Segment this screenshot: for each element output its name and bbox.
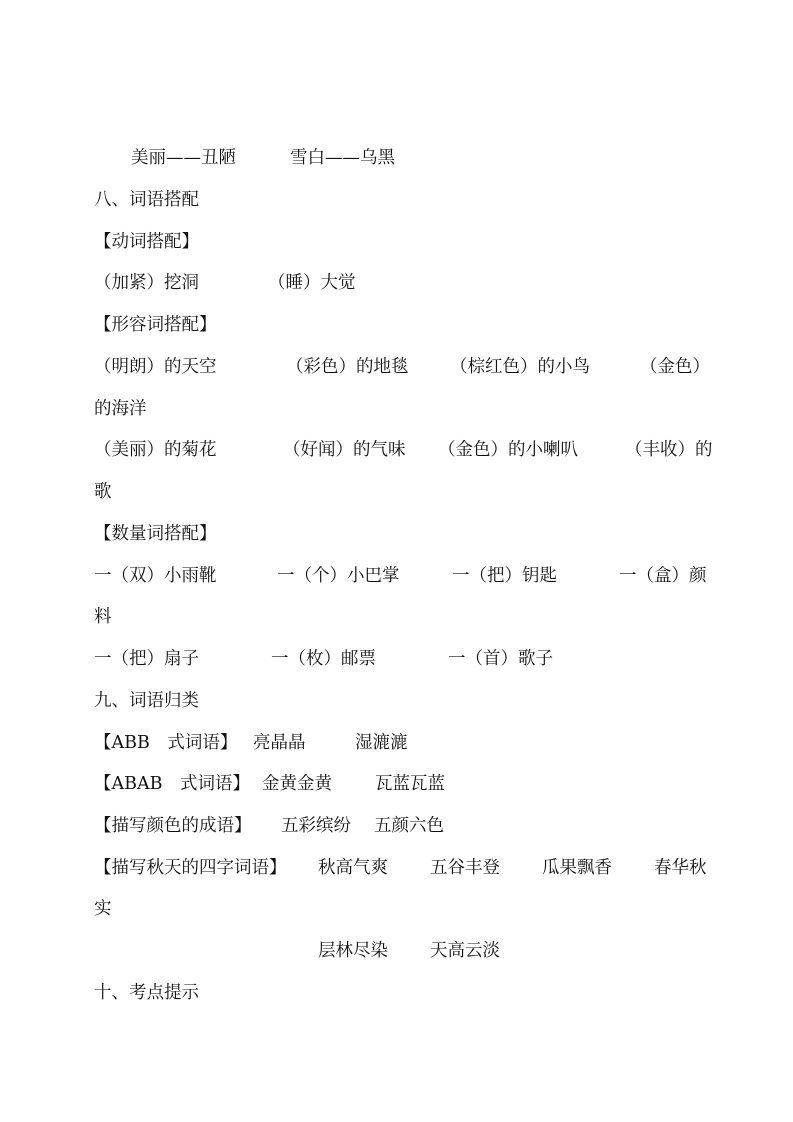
subheading-label: 【动词搭配】 bbox=[94, 230, 199, 254]
word-item: 五颜六色 bbox=[374, 814, 444, 838]
phrase-item: （加紧）挖洞 bbox=[94, 271, 199, 295]
word-item: 瓜果飘香 bbox=[542, 856, 612, 880]
subheading-label: 【形容词搭配】 bbox=[94, 313, 217, 337]
word-item: 春华秋 bbox=[654, 856, 707, 880]
phrase-item: 一（双）小雨靴 bbox=[94, 564, 217, 588]
phrase-item: （彩色）的地毯 bbox=[286, 355, 409, 379]
word-item: 亮晶晶 bbox=[253, 731, 306, 755]
phrase-item: （睡）大觉 bbox=[268, 271, 356, 295]
word-item: 秋高气爽 bbox=[318, 856, 388, 880]
word-item: 实 bbox=[94, 897, 112, 921]
phrase-item: 歌 bbox=[94, 480, 112, 504]
word-item: 湿漉漉 bbox=[355, 731, 408, 755]
phrase-item: 一（枚）邮票 bbox=[271, 647, 376, 671]
phrase-item: （金色） bbox=[640, 355, 710, 379]
phrase-item: （金色）的小喇叭 bbox=[438, 438, 578, 462]
phrase-item: （丰收）的 bbox=[625, 438, 713, 462]
category-label: 【描写颜色的成语】 bbox=[94, 814, 252, 838]
category-label: 【ABB 式词语】 bbox=[94, 731, 237, 755]
section-title: 八、词语搭配 bbox=[94, 188, 199, 212]
word-item: 金黄金黄 bbox=[262, 772, 332, 796]
antonym-pair: 美丽——丑陋 bbox=[131, 146, 236, 170]
phrase-item: 一（个）小巴掌 bbox=[277, 564, 400, 588]
word-item: 五彩缤纷 bbox=[281, 814, 351, 838]
phrase-item: （明朗）的天空 bbox=[94, 355, 217, 379]
word-item: 五谷丰登 bbox=[430, 856, 500, 880]
subheading-label: 【数量词搭配】 bbox=[94, 522, 217, 546]
phrase-item: 一（盒）颜 bbox=[619, 564, 707, 588]
phrase-item: 一（首）歌子 bbox=[448, 647, 553, 671]
phrase-item: （美丽）的菊花 bbox=[94, 438, 217, 462]
category-label: 【ABAB 式词语】 bbox=[94, 772, 250, 796]
section-heading-10: 十、考点提示 bbox=[0, 981, 22, 1053]
section-title: 九、词语归类 bbox=[94, 689, 199, 713]
phrase-item: 料 bbox=[94, 605, 112, 629]
antonym-pair: 雪白——乌黑 bbox=[290, 146, 395, 170]
category-label: 【描写秋天的四字词语】 bbox=[94, 856, 287, 880]
phrase-item: 一（把）钥匙 bbox=[452, 564, 557, 588]
phrase-item: （棕红色）的小鸟 bbox=[450, 355, 590, 379]
section-title: 十、考点提示 bbox=[94, 981, 199, 1005]
word-item: 层林尽染 bbox=[318, 939, 388, 963]
phrase-item: 一（把）扇子 bbox=[94, 647, 199, 671]
phrase-item: （好闻）的气味 bbox=[283, 438, 406, 462]
word-item: 天高云淡 bbox=[430, 939, 500, 963]
phrase-item: 的海洋 bbox=[94, 397, 147, 421]
word-item: 瓦蓝瓦蓝 bbox=[375, 772, 445, 796]
